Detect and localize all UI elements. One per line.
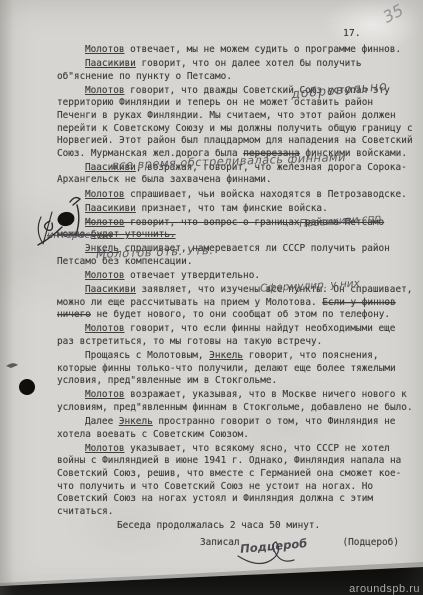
speaker-name: Молотов [85, 443, 125, 454]
typed-text-block: Молотов отвечает, мы не можем судить о п… [57, 44, 414, 552]
recorder-name: (Подцероб) [343, 537, 399, 548]
speaker-name: Молотов [85, 270, 125, 281]
speaker-name: Молотов [85, 189, 125, 200]
paragraph-text: Прощаясь с Молотовым, [85, 350, 209, 361]
pencil-page-number: 35 [380, 0, 407, 26]
speaker-name: Молотов [85, 389, 125, 400]
paragraph-p9: Молотов отвечает утвердительно. [57, 270, 414, 283]
paragraph-text: признает, что там финские войска. [136, 203, 328, 214]
handwritten-margin-note: интересно… [47, 230, 113, 241]
paragraph-p5: Молотов спрашивает, чьи войска находятся… [57, 189, 414, 202]
paragraph-text: спрашивает, чьи войска находятся в Петро… [125, 189, 407, 200]
paragraph-text: отвечает утвердительно. [125, 270, 260, 281]
paragraph-text: не будет нового, то они сообщат об этом … [91, 309, 390, 320]
paragraph-p13: Молотов возражает, указывая, что в Москв… [57, 389, 414, 414]
speaker-name: Паасикиви [85, 58, 136, 69]
speaker-name: Энкель [209, 350, 243, 361]
signature-row: Записал(Подцероб) [57, 537, 414, 550]
watermark: aroundspb.ru [349, 583, 420, 595]
recorded-label: Записал [200, 537, 240, 548]
speaker-name: Молотов [85, 217, 125, 228]
pencil-mark-icon [6, 363, 18, 368]
paragraph-p10: Паасикиви заявляет, что изучены все пунк… [57, 284, 414, 322]
paragraph-p14: Далее Энкель пространно говорит о том, ч… [57, 416, 414, 441]
speaker-name: Паасикиви [85, 203, 136, 214]
paragraph-p15: Молотов указывает, что всякому ясно, что… [57, 443, 414, 519]
document-page: 17. Молотов отвечает, мы не можем судить… [0, 0, 423, 595]
speaker-name: Паасикиви [85, 284, 136, 295]
paragraph-p1: Молотов отвечает, мы не можем судить о п… [57, 44, 414, 57]
hole-punch-icon [19, 379, 35, 395]
paragraph-p3: Молотов говорит, что дважды Советский Со… [57, 85, 414, 161]
speaker-name: Энкель [119, 416, 153, 427]
paragraph-p11: Молотов говорит, что если финны найдут н… [57, 323, 414, 348]
typed-page-number: 17. [343, 28, 361, 39]
paragraph-p12: Прощаясь с Молотовым, Энкель говорит, чт… [57, 350, 414, 388]
duration-line: Беседа продолжалась 2 часа 50 минут. [57, 520, 414, 533]
paragraph-text: отвечает, мы не можем судить о программе… [125, 44, 402, 55]
speaker-name: Молотов [85, 323, 125, 334]
paragraph-text: Далее [85, 416, 119, 427]
speaker-name: Молотов [85, 85, 125, 96]
speaker-name: Молотов [85, 44, 125, 55]
